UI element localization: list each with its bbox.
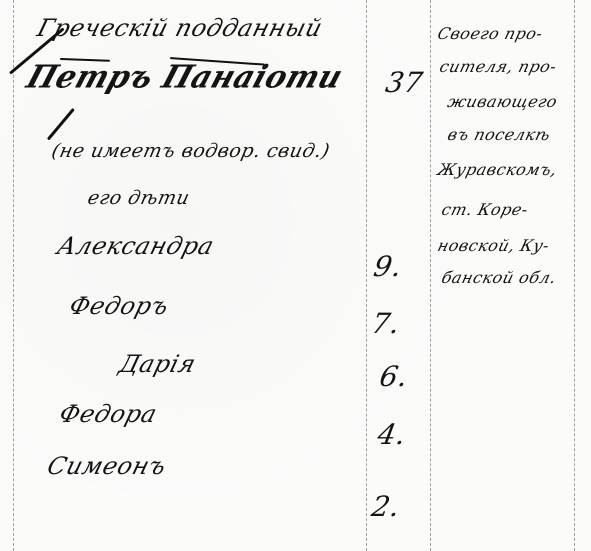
child-name: Федора bbox=[56, 400, 160, 428]
head-name: Петръ Панаiоти bbox=[22, 59, 347, 96]
note-line: живающего bbox=[446, 92, 560, 111]
note-line: Своего про- bbox=[436, 24, 545, 43]
note-line: въ поселкѣ bbox=[446, 125, 553, 144]
child-age: 2. bbox=[369, 490, 403, 523]
note-line: новской, Ку- bbox=[436, 236, 552, 255]
note-column-right-rule bbox=[574, 0, 575, 551]
note-line: Журавскомъ, bbox=[436, 160, 560, 179]
head-age: 37 bbox=[383, 66, 425, 99]
note-column-left-rule bbox=[430, 0, 431, 551]
age-column-left-rule bbox=[366, 0, 367, 551]
note-line: банской обл. bbox=[440, 268, 559, 287]
child-age: 7. bbox=[369, 307, 403, 340]
nationality-header: Греческiй подданный bbox=[34, 14, 325, 42]
flourish-stroke bbox=[47, 108, 75, 141]
note-line: сителя, про- bbox=[438, 57, 559, 76]
children-label: его дѣти bbox=[86, 187, 192, 209]
child-age: 9. bbox=[371, 250, 405, 283]
note-line: ст. Коре- bbox=[440, 200, 531, 219]
child-name: Александра bbox=[54, 232, 217, 260]
document-page: Греческiй подданный Петръ Панаiоти 37 (н… bbox=[0, 0, 591, 551]
child-name: Симеонъ bbox=[44, 452, 169, 480]
child-name: Федоръ bbox=[66, 292, 172, 320]
child-age: 4. bbox=[375, 418, 409, 451]
left-margin-rule bbox=[13, 0, 14, 551]
child-name: Дарiя bbox=[116, 350, 199, 378]
remark-text: (не имеетъ водвор. свид.) bbox=[50, 140, 332, 162]
child-age: 6. bbox=[377, 360, 411, 393]
